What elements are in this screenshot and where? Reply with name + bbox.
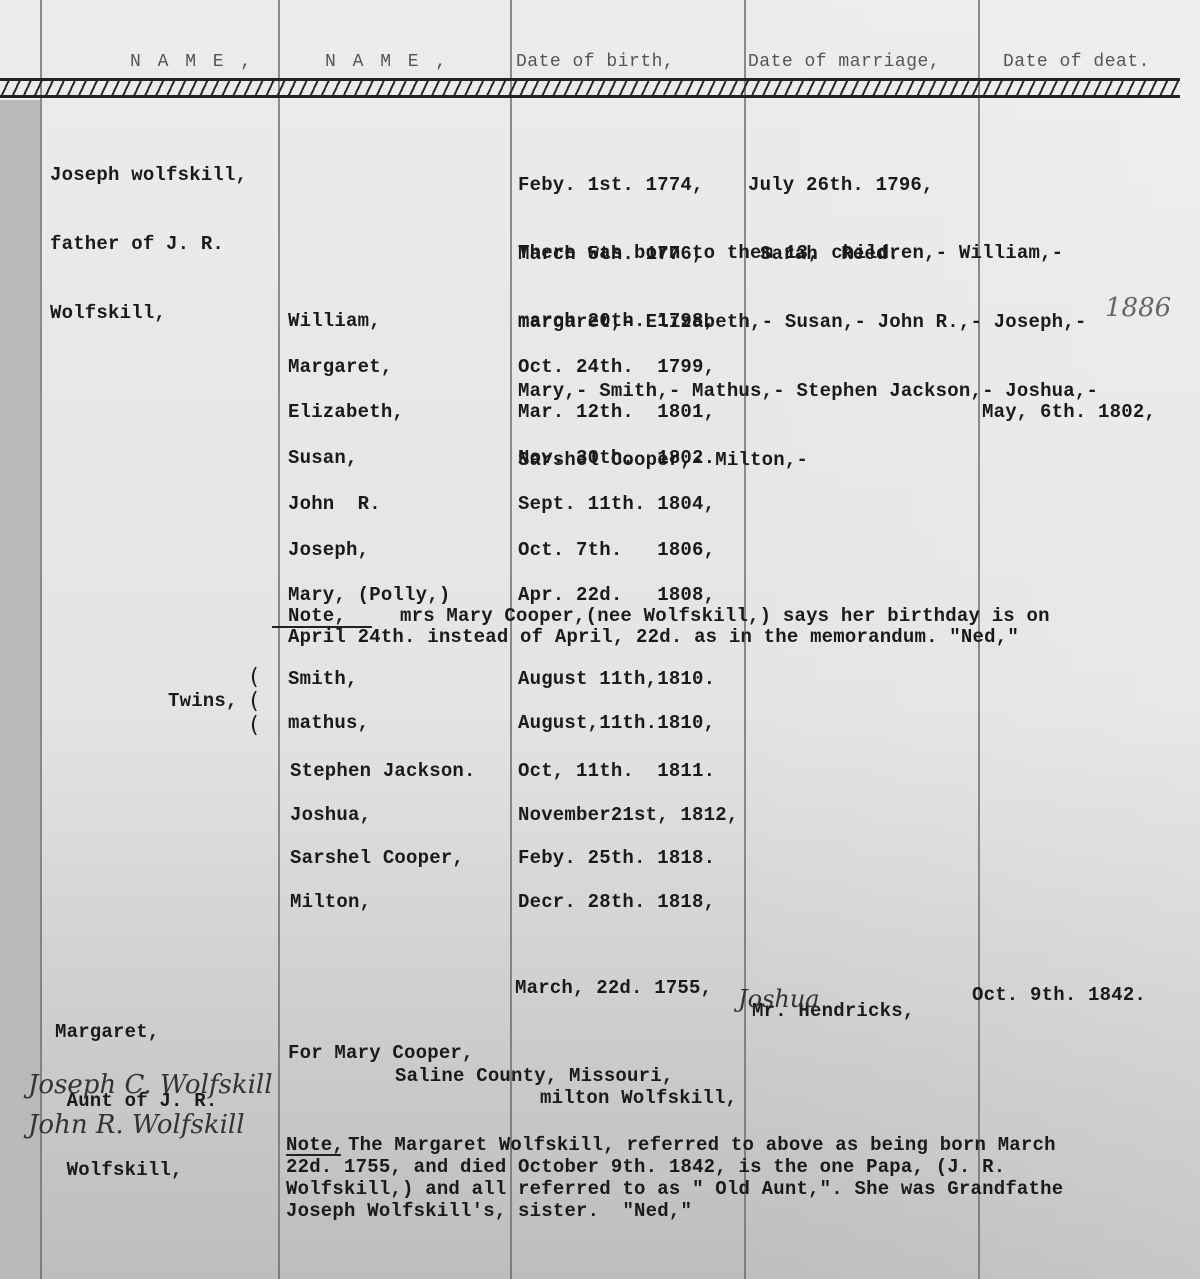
- child-name: John R.: [288, 493, 381, 516]
- child-name: Joseph,: [288, 539, 369, 562]
- father-name-line: father of J. R.: [50, 233, 247, 256]
- margin-annotation: 1886: [1105, 293, 1171, 323]
- header-date-of-marriage: Date of marriage,: [748, 52, 940, 72]
- column-rule: [278, 0, 280, 1279]
- children-summary-line: There was born to them 13, children,- Wi…: [518, 242, 1098, 265]
- twin-birth-date: August 11th,1810.: [518, 668, 715, 691]
- child-birth-date: Mar. 12th. 1801,: [518, 401, 715, 424]
- father-name-line: Wolfskill,: [50, 302, 247, 325]
- aunt-death: Oct. 9th. 1842.: [972, 984, 1146, 1007]
- twin-birth-date: August,11th.1810,: [518, 712, 715, 735]
- child-name: Sarshel Cooper,: [290, 847, 464, 870]
- child-name: Margaret,: [288, 356, 392, 379]
- for-line: Saline County, Missouri,: [395, 1065, 673, 1088]
- mary-note-line: April 24th. instead of April, 22d. as in…: [288, 626, 1019, 649]
- brace-icon: (((: [250, 666, 259, 738]
- child-name: Susan,: [288, 447, 358, 470]
- left-margin-strip: [0, 100, 40, 1279]
- child-name: William,: [288, 310, 381, 333]
- child-birth-date: Decr. 28th. 1818,: [518, 891, 715, 914]
- signature: Joseph C. Wolfskill: [28, 1070, 273, 1100]
- final-note-line: Wolfskill,) and all referred to as " Old…: [286, 1178, 1063, 1201]
- for-line: milton Wolfskill,: [540, 1087, 737, 1110]
- child-birth-date: Sept. 11th. 1804,: [518, 493, 715, 516]
- header-date-of-birth: Date of birth,: [516, 52, 674, 72]
- father-name-line: Joseph wolfskill,: [50, 164, 247, 187]
- note-underline: [286, 1154, 341, 1156]
- signature: John R. Wolfskill: [28, 1110, 245, 1140]
- header-name-2: N A M E ,: [325, 52, 449, 72]
- aunt-name-line: Margaret,: [55, 1021, 217, 1044]
- child-name: Stephen Jackson.: [290, 760, 476, 783]
- mary-note-label: Note,: [288, 605, 346, 628]
- note-underline: [272, 626, 372, 628]
- child-name: Elizabeth,: [288, 401, 404, 424]
- mary-note-line: mrs Mary Cooper,(nee Wolfskill,) says he…: [400, 605, 1050, 628]
- aunt-marriage-handwritten: Joshua: [738, 985, 820, 1013]
- child-birth-date: Oct. 7th. 1806,: [518, 539, 715, 562]
- child-death-date: May, 6th. 1802,: [982, 401, 1156, 424]
- aunt-birth: March, 22d. 1755,: [515, 977, 712, 1000]
- child-birth-date: November21st, 1812,: [518, 804, 738, 827]
- child-birth-date: Apr. 22d. 1808,: [518, 584, 715, 607]
- header-name-1: N A M E ,: [130, 52, 254, 72]
- header-date-of-death: Date of deat.: [1003, 52, 1150, 72]
- child-name: Joshua,: [290, 804, 371, 827]
- twin-name: mathus,: [288, 712, 369, 735]
- twins-label: Twins,: [168, 690, 238, 713]
- aunt-name-line: Wolfskill,: [55, 1159, 217, 1182]
- for-line: For Mary Cooper,: [288, 1042, 474, 1065]
- child-birth-date: Nov. 30th. 1802.: [518, 447, 715, 470]
- child-name: Mary, (Polly,): [288, 584, 450, 607]
- twin-name: Smith,: [288, 668, 358, 691]
- final-note-line: 22d. 1755, and died October 9th. 1842, i…: [286, 1156, 1005, 1179]
- father-birth-line: Feby. 1st. 1774,: [518, 174, 704, 197]
- final-note-line: Joseph Wolfskill's, sister. "Ned,": [286, 1200, 692, 1223]
- father-name: Joseph wolfskill, father of J. R. Wolfsk…: [50, 118, 247, 348]
- child-birth-date: Oct. 24th. 1799,: [518, 356, 715, 379]
- child-name: Milton,: [290, 891, 371, 914]
- final-note-line: The Margaret Wolfskill, referred to abov…: [348, 1134, 1056, 1157]
- header-hatched-rule: [0, 78, 1180, 98]
- child-birth-date: Feby. 25th. 1818.: [518, 847, 715, 870]
- child-birth-date: Oct, 11th. 1811.: [518, 760, 715, 783]
- child-birth-date: march 20th. 1798,: [518, 310, 715, 333]
- children-summary-line: Mary,- Smith,- Mathus,- Stephen Jackson,…: [518, 380, 1098, 403]
- father-marriage-line: July 26th. 1796,: [748, 174, 934, 197]
